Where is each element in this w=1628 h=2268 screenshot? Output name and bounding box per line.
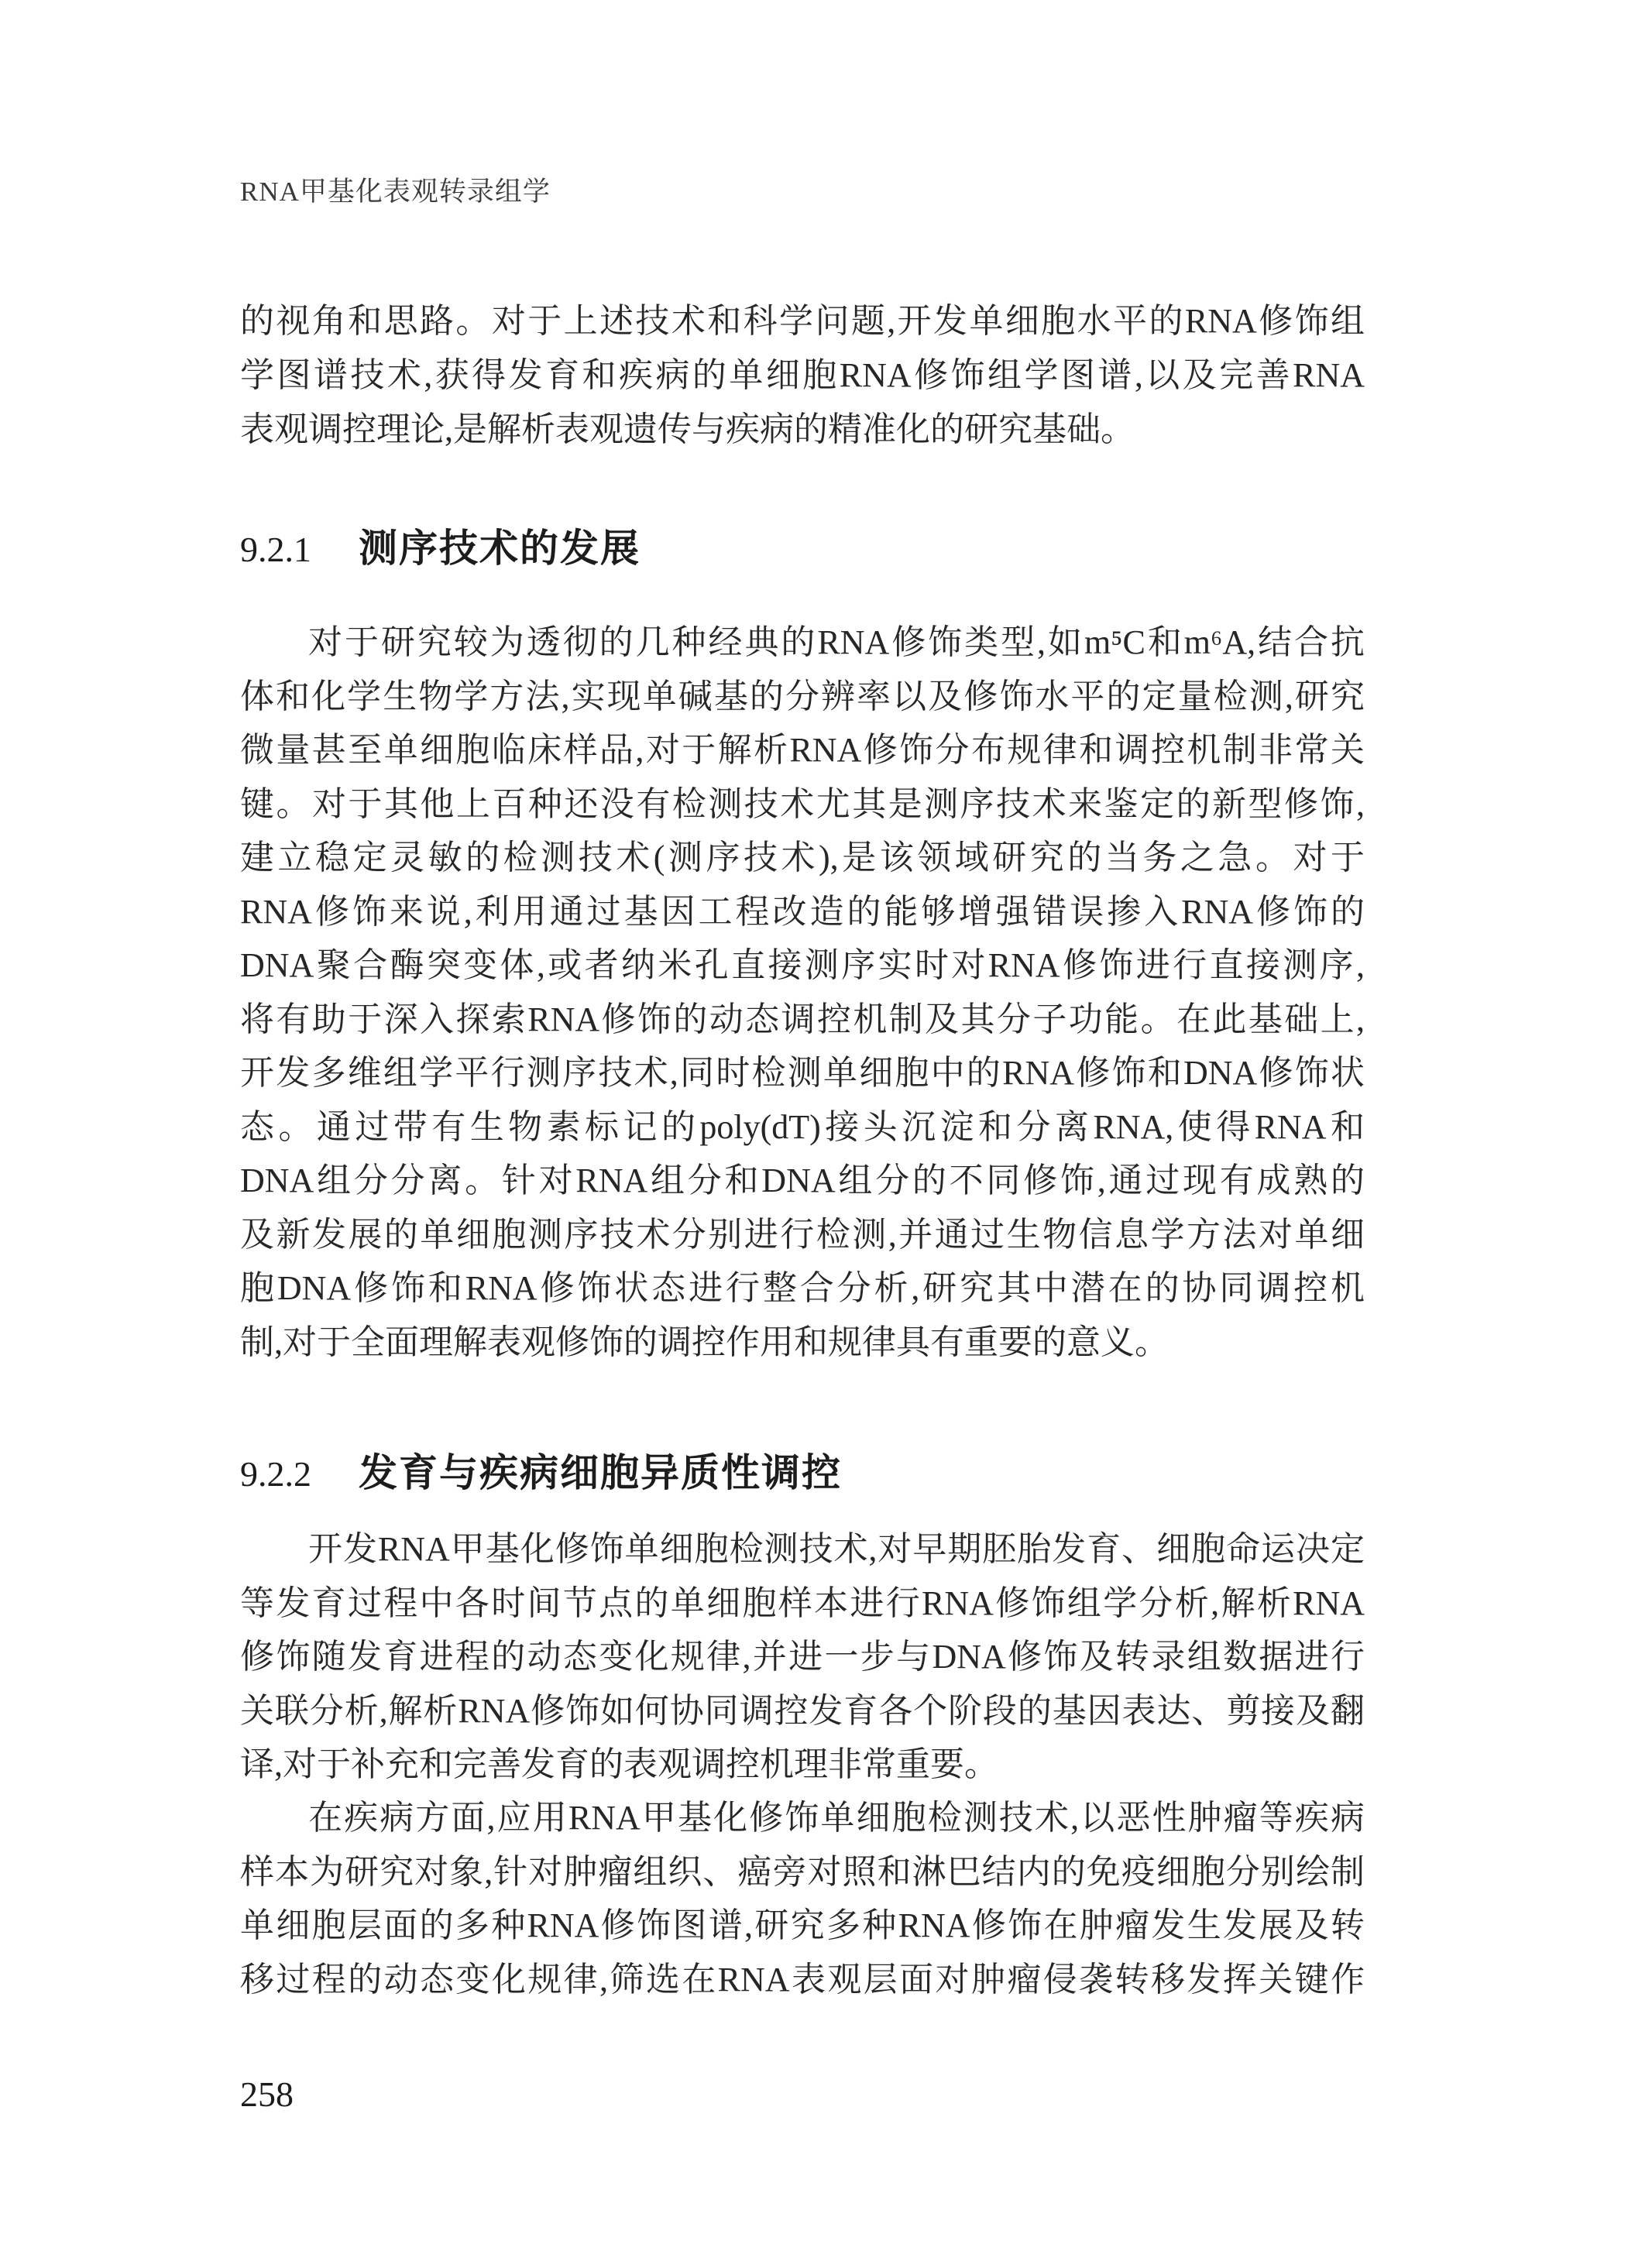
text-line: RNA修饰来说,利用通过基因工程改造的能够增强错误掺入RNA修饰的 [240, 885, 1365, 939]
page-number: 258 [240, 2074, 294, 2115]
section-title: 测序技术的发展 [359, 527, 641, 570]
text-line: 胞DNA修饰和RNA修饰状态进行整合分析,研究其中潜在的协同调控机 [240, 1261, 1365, 1316]
text-line: 修饰随发育进程的动态变化规律,并进一步与DNA修饰及转录组数据进行 [240, 1630, 1365, 1684]
text-line: 建立稳定灵敏的检测技术(测序技术),是该领域研究的当务之急。对于 [240, 831, 1365, 885]
text-line: 键。对于其他上百种还没有检测技术尤其是测序技术来鉴定的新型修饰, [240, 777, 1365, 832]
text-line: 态。通过带有生物素标记的poly(dT)接头沉淀和分离RNA,使得RNA和 [240, 1100, 1365, 1155]
text-line: 及新发展的单细胞测序技术分别进行检测,并通过生物信息学方法对单细 [240, 1208, 1365, 1262]
text-line: 微量甚至单细胞临床样品,对于解析RNA修饰分布规律和调控机制非常关 [240, 723, 1365, 777]
section-number: 9.2.1 [240, 529, 359, 570]
text-line: DNA组分分离。针对RNA组分和DNA组分的不同修饰,通过现有成熟的 [240, 1154, 1365, 1208]
section-heading-922: 9.2.2发育与疾病细胞异质性调控 [240, 1442, 842, 1498]
text-line: 单细胞层面的多种RNA修饰图谱,研究多种RNA修饰在肿瘤发生发展及转 [240, 1899, 1365, 1953]
section-heading-921: 9.2.1测序技术的发展 [240, 517, 641, 573]
text-line: 对于研究较为透彻的几种经典的RNA修饰类型,如m⁵C和m⁶A,结合抗 [240, 616, 1365, 670]
running-header: RNA甲基化表观转录组学 [240, 175, 551, 209]
text-line: 等发育过程中各时间节点的单细胞样本进行RNA修饰组学分析,解析RNA [240, 1577, 1365, 1631]
text-line: 样本为研究对象,针对肿瘤组织、癌旁对照和淋巴结内的免疫细胞分别绘制 [240, 1845, 1365, 1899]
text-line: 关联分析,解析RNA修饰如何协同调控发育各个阶段的基因表达、剪接及翻 [240, 1684, 1365, 1738]
section-title: 发育与疾病细胞异质性调控 [359, 1451, 842, 1494]
section-921-paragraph: 对于研究较为透彻的几种经典的RNA修饰类型,如m⁵C和m⁶A,结合抗体和化学生物… [240, 616, 1365, 1369]
text-line: 体和化学生物学方法,实现单碱基的分辨率以及修饰水平的定量检测,研究 [240, 670, 1365, 724]
text-line: 的视角和思路。对于上述技术和科学问题,开发单细胞水平的RNA修饰组 [240, 294, 1365, 348]
intro-paragraph: 的视角和思路。对于上述技术和科学问题,开发单细胞水平的RNA修饰组学图谱技术,获… [240, 294, 1365, 457]
text-line: 移过程的动态变化规律,筛选在RNA表观层面对肿瘤侵袭转移发挥关键作 [240, 1953, 1365, 2007]
text-line: 表观调控理论,是解析表观遗传与疾病的精准化的研究基础。 [240, 403, 1365, 457]
text-line: DNA聚合酶突变体,或者纳米孔直接测序实时对RNA修饰进行直接测序, [240, 938, 1365, 993]
book-page: RNA甲基化表观转录组学 的视角和思路。对于上述技术和科学问题,开发单细胞水平的… [0, 0, 1628, 2268]
text-line: 开发多维组学平行测序技术,同时检测单细胞中的RNA修饰和DNA修饰状 [240, 1046, 1365, 1100]
text-line: 学图谱技术,获得发育和疾病的单细胞RNA修饰组学图谱,以及完善RNA [240, 348, 1365, 403]
section-922-paragraph-2: 在疾病方面,应用RNA甲基化修饰单细胞检测技术,以恶性肿瘤等疾病样本为研究对象,… [240, 1791, 1365, 2006]
section-number: 9.2.2 [240, 1453, 359, 1494]
text-line: 制,对于全面理解表观修饰的调控作用和规律具有重要的意义。 [240, 1316, 1365, 1370]
text-line: 开发RNA甲基化修饰单细胞检测技术,对早期胚胎发育、细胞命运决定 [240, 1522, 1365, 1577]
text-line: 在疾病方面,应用RNA甲基化修饰单细胞检测技术,以恶性肿瘤等疾病 [240, 1791, 1365, 1845]
text-line: 译,对于补充和完善发育的表观调控机理非常重要。 [240, 1738, 1365, 1792]
text-line: 将有助于深入探索RNA修饰的动态调控机制及其分子功能。在此基础上, [240, 993, 1365, 1047]
section-922-paragraph-1: 开发RNA甲基化修饰单细胞检测技术,对早期胚胎发育、细胞命运决定等发育过程中各时… [240, 1522, 1365, 1792]
